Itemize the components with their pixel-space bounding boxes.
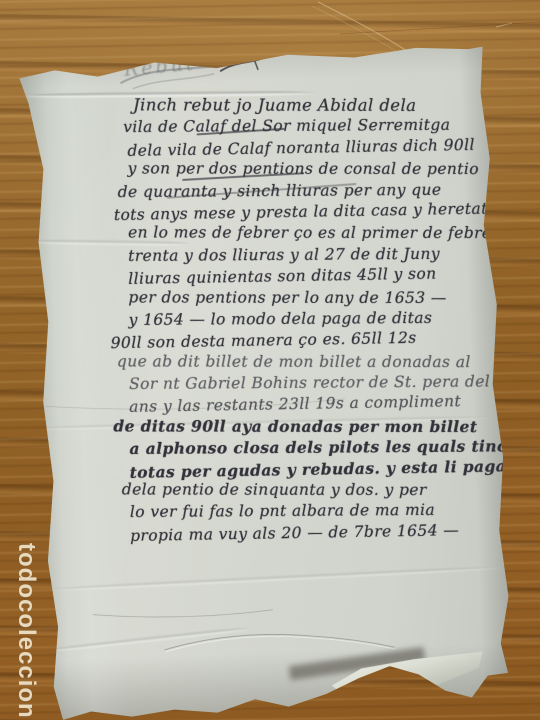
- handwritten-line: en lo mes de febrer ço es al primer de f…: [128, 224, 494, 246]
- handwritten-line: propia ma vuy als 20 — de 7bre 1654 —: [130, 520, 496, 548]
- handwritten-line: per dos pentions per lo any de 1653 —: [128, 288, 494, 310]
- handwritten-line: lliuras quinientas son ditas 45ll y son: [128, 264, 494, 292]
- handwriting-block: Jinch rebut jo Juame Abidal dela vila de…: [127, 94, 496, 546]
- photo-of-manuscript: Rebut Jinch rebut jo Juame Abidal dela v…: [0, 0, 540, 720]
- handwritten-line: Jinch rebut jo Juame Abidal dela: [133, 95, 493, 117]
- manuscript-paper: Rebut Jinch rebut jo Juame Abidal dela v…: [11, 39, 512, 720]
- handwritten-line: que ab dit billet de mon billet a donada…: [117, 352, 495, 374]
- handwritten-line: dela pentio de sinquanta y dos. y per: [122, 480, 496, 502]
- handwritten-line: de ditas 90ll aya donadas per mon billet: [113, 416, 495, 438]
- watermark-todocoleccion: todocoleccion: [12, 543, 40, 719]
